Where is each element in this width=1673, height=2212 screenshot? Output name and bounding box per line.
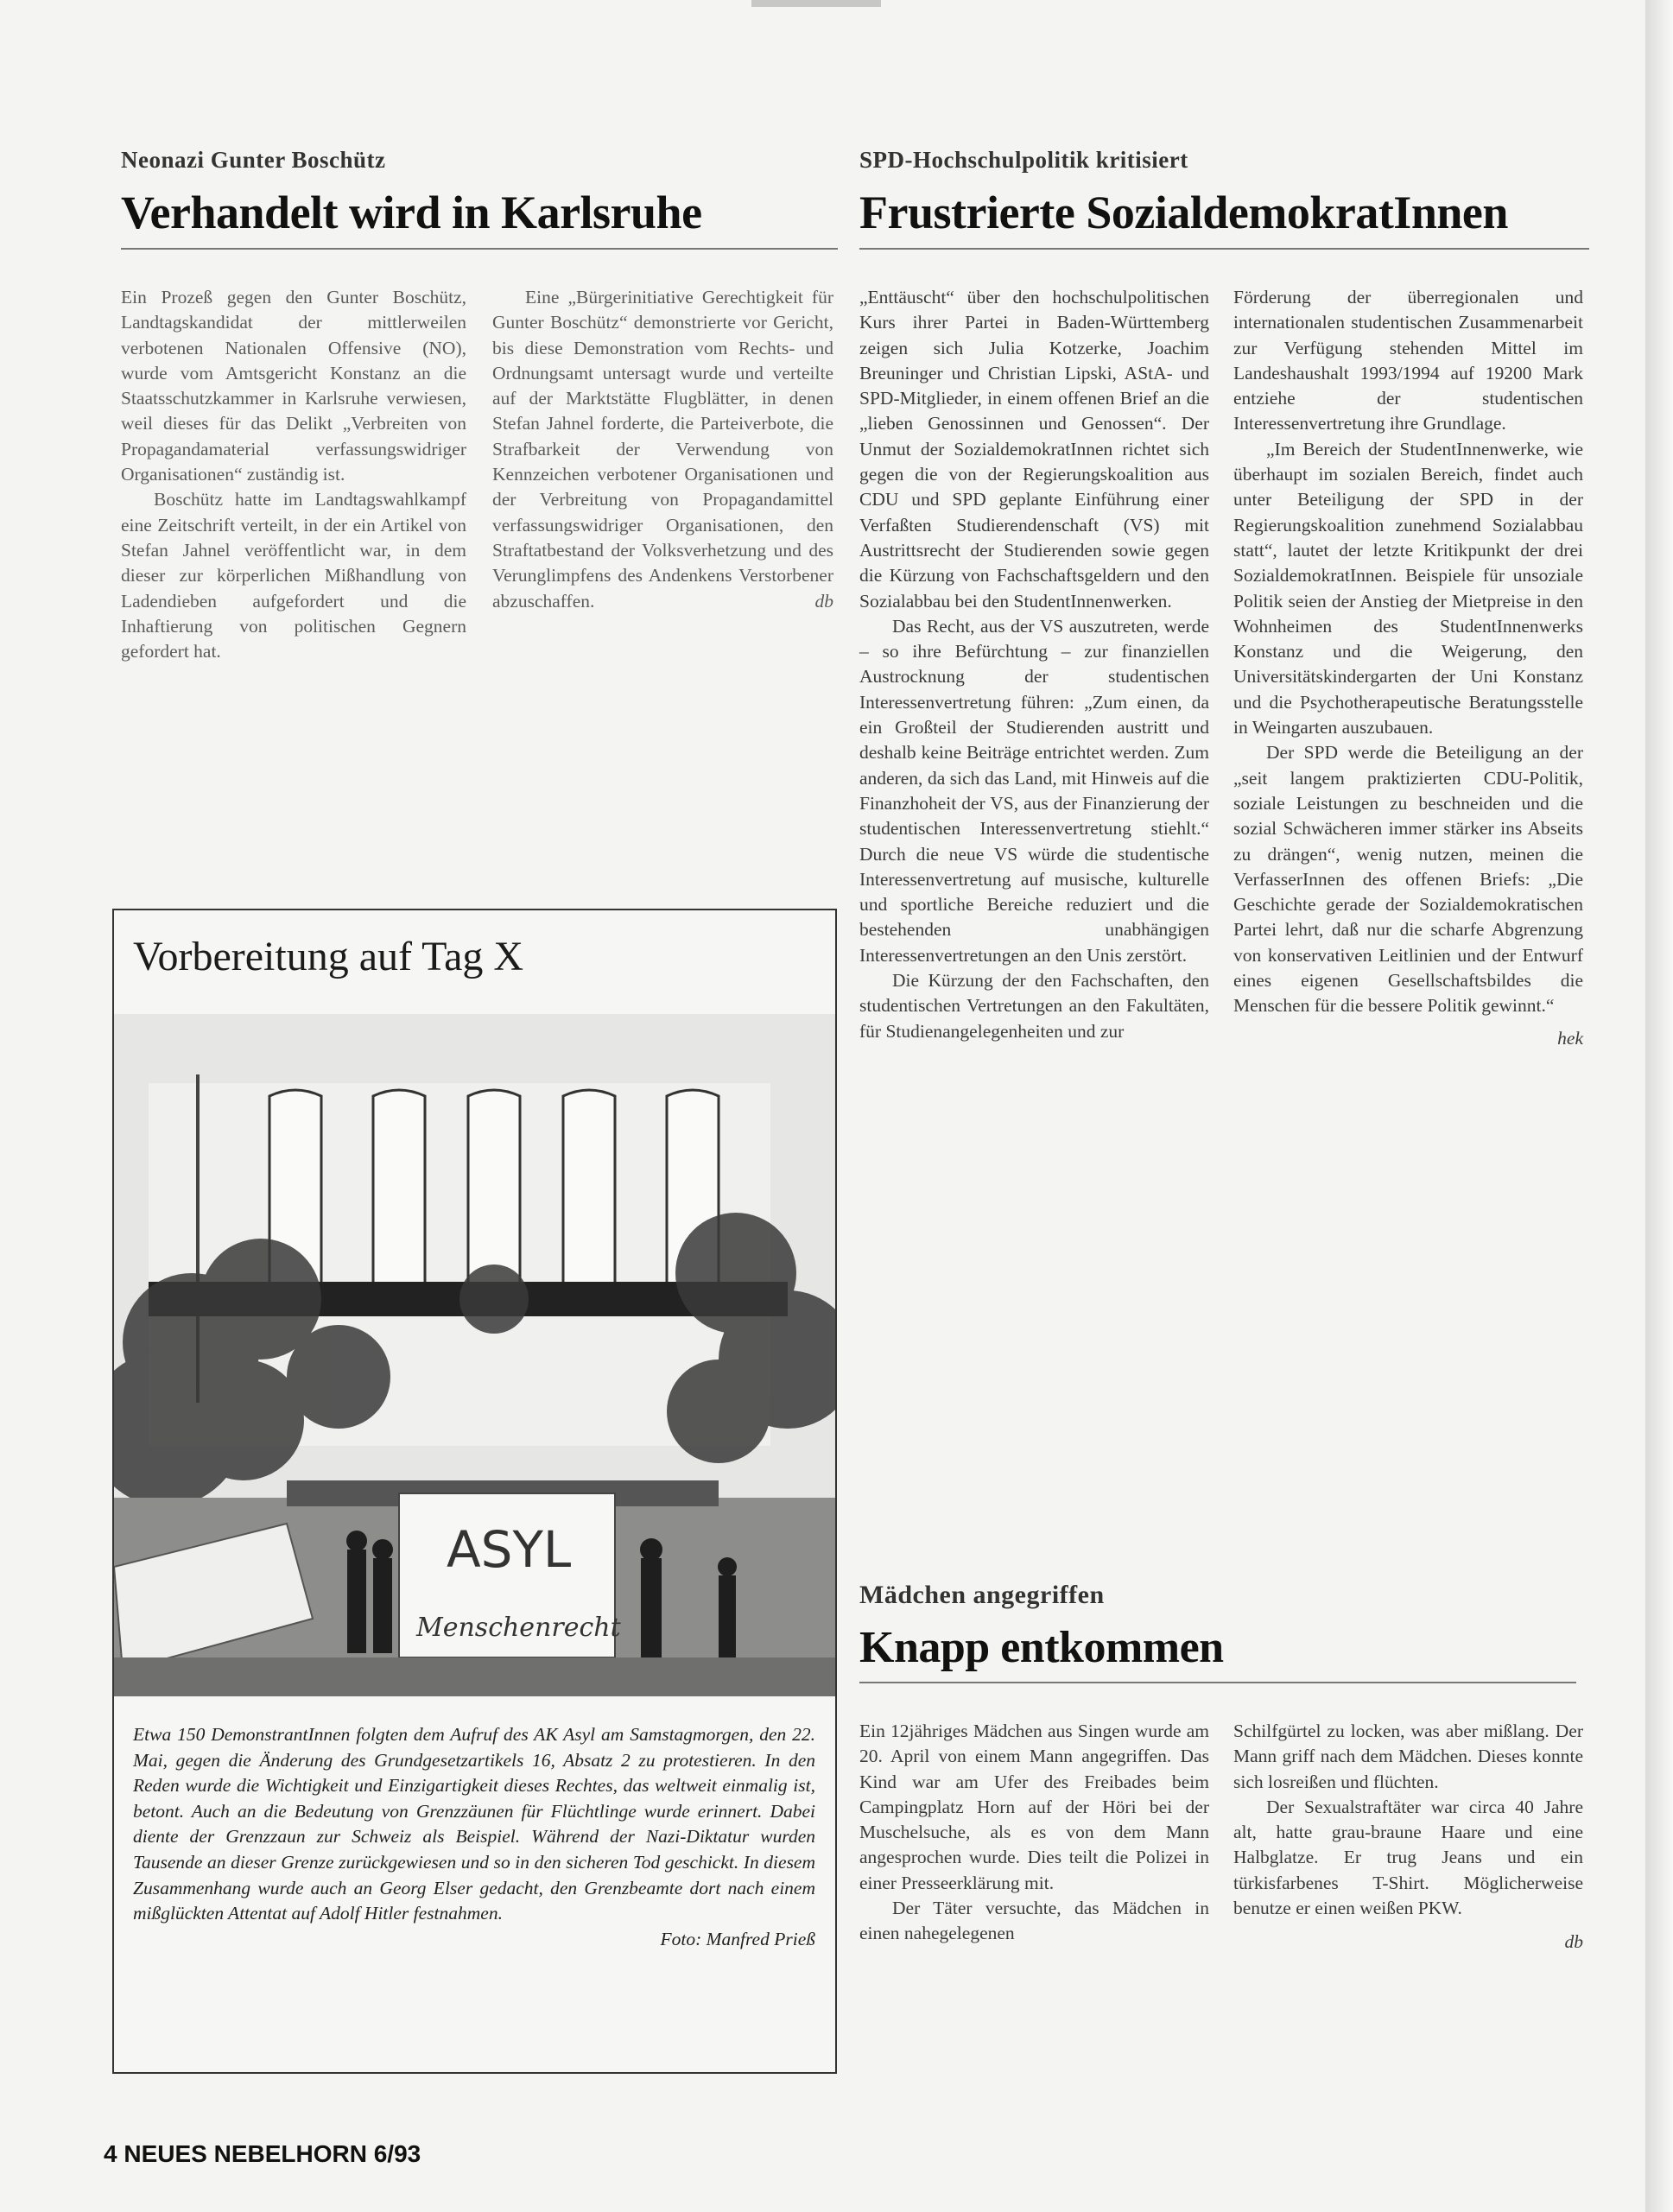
divider bbox=[859, 1682, 1576, 1683]
paragraph: Förderung der überregionalen und interna… bbox=[1233, 285, 1583, 437]
paragraph: Schilfgürtel zu locken, was aber mißlang… bbox=[1233, 1719, 1583, 1795]
photo-credit: Foto: Manfred Prieß bbox=[133, 1927, 815, 1953]
article-maedchen-col2: Schilfgürtel zu locken, was aber mißlang… bbox=[1233, 1719, 1583, 1955]
author-signature: hek bbox=[1233, 1026, 1583, 1051]
svg-text:ASYL: ASYL bbox=[447, 1520, 571, 1579]
kicker: Mädchen angegriffen bbox=[859, 1581, 1576, 1610]
headline: Frustrierte SozialdemokratInnen bbox=[859, 186, 1589, 239]
paragraph: Der Täter versuchte, das Mädchen in eine… bbox=[859, 1896, 1209, 1947]
svg-text:Menschenrecht: Menschenrecht bbox=[415, 1613, 622, 1643]
article-boschuetz-col2: Eine „Bürgerinitiative Gerechtigkeit für… bbox=[492, 285, 833, 614]
paragraph: Eine „Bürgerinitiative Gerechtigkeit für… bbox=[492, 285, 833, 614]
page-footer: 4 NEUES NEBELHORN 6/93 bbox=[104, 2140, 421, 2168]
article-maedchen-header: Mädchen angegriffen Knapp entkommen bbox=[859, 1581, 1576, 1683]
paragraph: Der Sexualstraftäter war circa 40 Jahre … bbox=[1233, 1795, 1583, 1921]
photo-feature-box: Vorbereitung auf Tag X bbox=[112, 909, 837, 2074]
divider bbox=[121, 248, 838, 250]
headline: Knapp entkommen bbox=[859, 1622, 1576, 1673]
article-boschuetz-header: Neonazi Gunter Boschütz Verhandelt wird … bbox=[121, 147, 838, 250]
demonstration-photo: ASYL Menschenrecht bbox=[114, 1014, 835, 1696]
paragraph: „Im Bereich der StudentInnenwerke, wie ü… bbox=[1233, 437, 1583, 741]
paragraph: Ein 12jähriges Mädchen aus Singen wurde … bbox=[859, 1719, 1209, 1896]
photo-caption: Etwa 150 DemonstrantInnen folgten dem Au… bbox=[133, 1722, 815, 1952]
paragraph: Der SPD werde die Beteiligung an der „se… bbox=[1233, 740, 1583, 1018]
article-maedchen-col1: Ein 12jähriges Mädchen aus Singen wurde … bbox=[859, 1719, 1209, 1947]
article-boschuetz-col1: Ein Prozeß gegen den Gunter Boschütz, La… bbox=[121, 285, 466, 664]
box-title: Vorbereitung auf Tag X bbox=[133, 933, 523, 980]
author-signature: db bbox=[1233, 1930, 1583, 1955]
paragraph: Boschütz hatte im Landtagswahlkampf eine… bbox=[121, 487, 466, 664]
headline: Verhandelt wird in Karlsruhe bbox=[121, 186, 838, 239]
photo-illustration: ASYL Menschenrecht bbox=[114, 1014, 835, 1696]
article-spd-header: SPD-Hochschulpolitik kritisiert Frustrie… bbox=[859, 147, 1589, 250]
paragraph: Die Kürzung der den Fachschaften, den st… bbox=[859, 968, 1209, 1044]
divider bbox=[859, 248, 1589, 250]
article-spd-col2: Förderung der überregionalen und interna… bbox=[1233, 285, 1583, 1051]
scan-mark bbox=[751, 0, 881, 7]
kicker: SPD-Hochschulpolitik kritisiert bbox=[859, 147, 1589, 174]
paragraph: Das Recht, aus der VS auszutreten, werde… bbox=[859, 614, 1209, 968]
kicker: Neonazi Gunter Boschütz bbox=[121, 147, 838, 174]
article-spd-col1: „Enttäuscht“ über den hochschulpolitisch… bbox=[859, 285, 1209, 1044]
paragraph: „Enttäuscht“ über den hochschulpolitisch… bbox=[859, 285, 1209, 614]
page-edge bbox=[1645, 0, 1673, 2212]
caption-text: Etwa 150 DemonstrantInnen folgten dem Au… bbox=[133, 1724, 815, 1924]
paragraph: Ein Prozeß gegen den Gunter Boschütz, La… bbox=[121, 285, 466, 487]
